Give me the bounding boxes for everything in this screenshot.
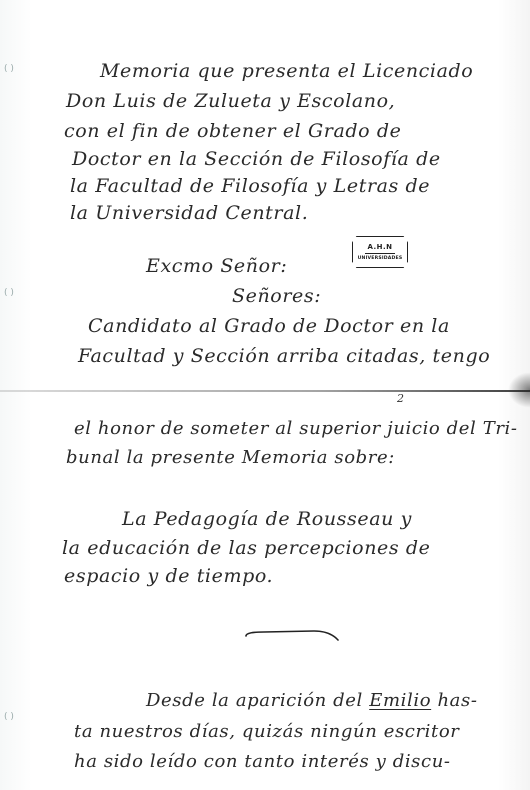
header-line-5: la Facultad de Filosofía y Letras de [70, 175, 430, 197]
archive-stamp: A.H.N UNIVERSIDADES [352, 236, 408, 268]
page-number: 2 [397, 392, 404, 405]
flourish-divider [244, 628, 344, 644]
header-line-4: Doctor en la Sección de Filosofía de [72, 148, 441, 170]
body-line-1: Desde la aparición del Emilio has- [146, 690, 478, 711]
margin-mark: ( ) [4, 288, 14, 298]
stamp-rule [365, 253, 395, 254]
header-line-3: con el fin de obtener el Grado de [64, 120, 401, 142]
body-line-3: ha sido leído con tanto interés y discu- [74, 751, 451, 772]
title-line-3: espacio y de tiempo. [64, 565, 273, 587]
body-line-1-end: has- [431, 690, 477, 711]
emilio-underlined: Emilio [369, 690, 431, 711]
intro-line-2: Facultad y Sección arriba citadas, tengo [78, 345, 490, 367]
continuation-line-1: el honor de someter al superior juicio d… [74, 418, 518, 439]
intro-line-1: Candidato al Grado de Doctor en la [88, 315, 450, 337]
salutation-line-2: Señores: [232, 285, 321, 307]
header-line-1: Memoria que presenta el Licenciado [100, 60, 473, 82]
title-line-1: La Pedagogía de Rousseau y [122, 508, 412, 530]
page-fold-shadow [508, 372, 530, 408]
stamp-bottom-text: UNIVERSIDADES [358, 256, 403, 261]
header-line-2: Don Luis de Zulueta y Escolano, [66, 90, 395, 112]
header-line-6: la Universidad Central. [70, 202, 308, 224]
body-line-1-start: Desde la aparición del [146, 690, 369, 711]
body-line-2: ta nuestros días, quizás ningún escritor [74, 721, 460, 742]
continuation-line-2: bunal la presente Memoria sobre: [66, 447, 395, 468]
stamp-top-text: A.H.N [367, 243, 392, 251]
manuscript-page: ( ) ( ) ( ) Memoria que presenta el Lice… [0, 0, 530, 790]
margin-mark: ( ) [4, 64, 14, 74]
page-fold-line [0, 390, 530, 392]
title-line-2: la educación de las percepciones de [62, 537, 431, 559]
margin-mark: ( ) [4, 712, 14, 722]
salutation-line-1: Excmo Señor: [146, 255, 287, 277]
